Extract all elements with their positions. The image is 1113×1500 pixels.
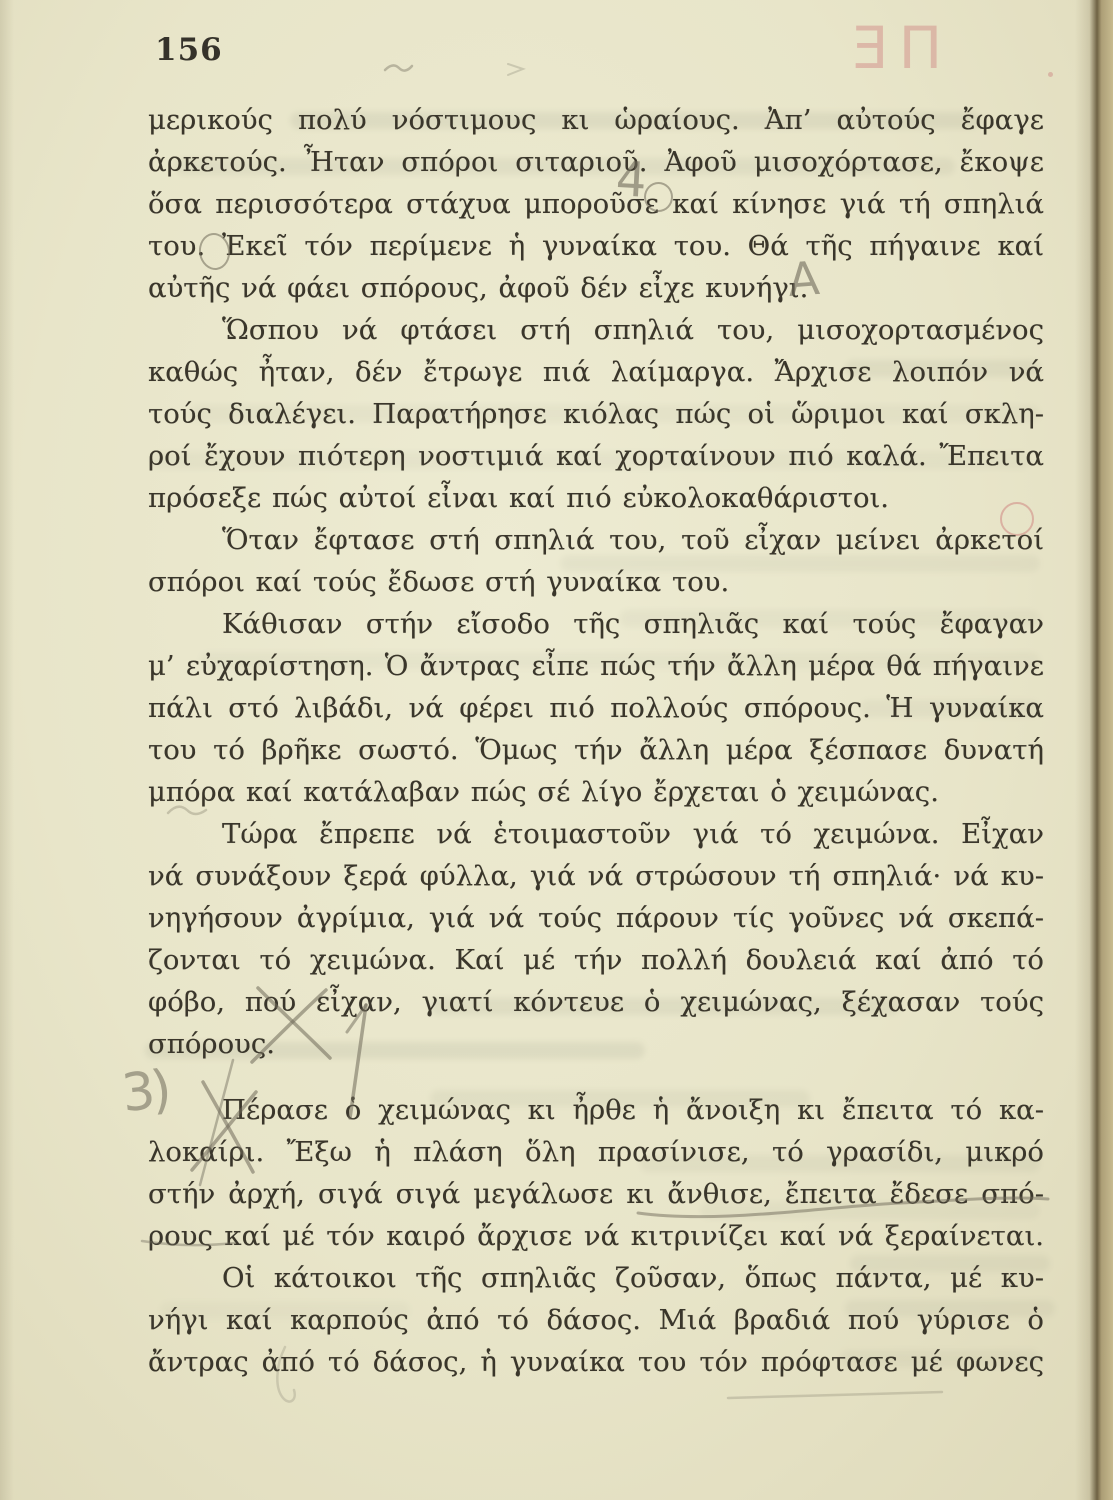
pencil-mark-4: 4	[615, 151, 648, 209]
text-line: σπόροι καί τούς ἔδωσε στή γυναίκα του.	[148, 561, 1044, 603]
text-line: του τό βρῆκε σωστό. Ὅμως τήν ἄλλη μέρα ξ…	[148, 729, 1044, 771]
text-line: νηγήσουν ἀγρίμια, γιά νά τούς πάρουν τίς…	[148, 897, 1044, 939]
text-line: του. Ἐκεῖ τόν περίμενε ἡ γυναίκα του. Θά…	[148, 225, 1044, 267]
book-edge	[1075, 0, 1113, 1500]
red-speck	[1048, 72, 1053, 77]
text-line: καθώς ἦταν, δέν ἔτρωγε πιά λαίμαργα. Ἄρχ…	[148, 351, 1044, 393]
text-line: νά συνάξουν ξερά φύλλα, γιά νά στρώσουν …	[148, 855, 1044, 897]
text-line: Κάθισαν στήν εἴσοδο τῆς σπηλιᾶς καί τούς…	[148, 603, 1044, 645]
text-line: Ὅταν ἔφτασε στή σπηλιά του, τοῦ εἶχαν με…	[148, 519, 1044, 561]
text-line: μερικούς πολύ νόστιμους κι ὡραίους. Ἀπ’ …	[148, 99, 1044, 141]
text-line: ἄντρας ἀπό τό δάσος, ἡ γυναίκα του τόν π…	[148, 1341, 1044, 1383]
page-number: 156	[155, 32, 223, 68]
pencil-oval-mark	[644, 182, 673, 212]
text-line: ὅσα περισσότερα στάχυα μποροῦσε καί κίνη…	[148, 183, 1044, 225]
text-line: τούς διαλέγει. Παρατήρησε κιόλας πώς οἱ …	[148, 393, 1044, 435]
text-line: ἀρκετούς. Ἦταν σπόροι σιταριοῦ. Ἀφοῦ μισ…	[148, 141, 1044, 183]
text-line: πάλι στό λιβάδι, νά φέρει πιό πολλούς σπ…	[148, 687, 1044, 729]
pencil-mark-A: A	[786, 251, 821, 307]
text-line: ροί ἔχουν πιότερη νοστιμιά καί χορταίνου…	[148, 435, 1044, 477]
text-line: μπόρα καί κατάλαβαν πώς σέ λίγο ἔρχεται …	[148, 771, 1044, 813]
bleedthrough-heading: ΠΕ	[842, 14, 942, 82]
text-line: Τώρα ἔπρεπε νά ἑτοιμαστοῦν γιά τό χειμών…	[148, 813, 1044, 855]
text-line: ζονται τό χειμώνα. Καί μέ τήν πολλή δουλ…	[148, 939, 1044, 981]
page-left-edge-shadow	[0, 0, 14, 1500]
book-page: ΠΕ 156 μερικούς πολύ νόστιμους κι ὡραίου…	[0, 0, 1113, 1500]
text-line: νήγι καί καρπούς ἀπό τό δάσος. Μιά βραδι…	[148, 1299, 1044, 1341]
text-line: ρους καί μέ τόν καιρό ἄρχισε νά κιτρινίζ…	[148, 1215, 1044, 1257]
pencil-tilde-mark	[385, 65, 412, 70]
pencil-faint-line	[728, 1392, 942, 1398]
pencil-chevron-mark	[508, 64, 523, 75]
text-line: λοκαίρι. Ἔξω ἡ πλάση ὅλη πρασίνισε, τό γ…	[148, 1131, 1044, 1173]
text-line: σπόρους.	[148, 1023, 1044, 1065]
page-text: μερικούς πολύ νόστιμους κι ὡραίους. Ἀπ’ …	[148, 99, 1044, 1383]
text-line: φόβο, πού εἶχαν, γιατί κόντευε ὁ χειμώνα…	[148, 981, 1044, 1023]
text-line: πρόσεξε πώς αὐτοί εἶναι καί πιό εὐκολοκα…	[148, 477, 1044, 519]
text-line: μ’ εὐχαρίστηση. Ὁ ἄντρας εἶπε πώς τήν ἄλ…	[148, 645, 1044, 687]
text-line: στήν ἀρχή, σιγά σιγά μεγάλωσε κι ἄνθισε,…	[148, 1173, 1044, 1215]
text-line: Οἱ κάτοικοι τῆς σπηλιᾶς ζοῦσαν, ὅπως πάν…	[148, 1257, 1044, 1299]
pencil-margin-number: 3)	[119, 1060, 170, 1124]
text-line: αὐτῆς νά φάει σπόρους, ἀφοῦ δέν εἶχε κυν…	[148, 267, 1044, 309]
text-line: Πέρασε ὁ χειμώνας κι ἦρθε ἡ ἄνοιξη κι ἔπ…	[148, 1089, 1044, 1131]
text-line: Ὥσπου νά φτάσει στή σπηλιά του, μισοχορτ…	[148, 309, 1044, 351]
